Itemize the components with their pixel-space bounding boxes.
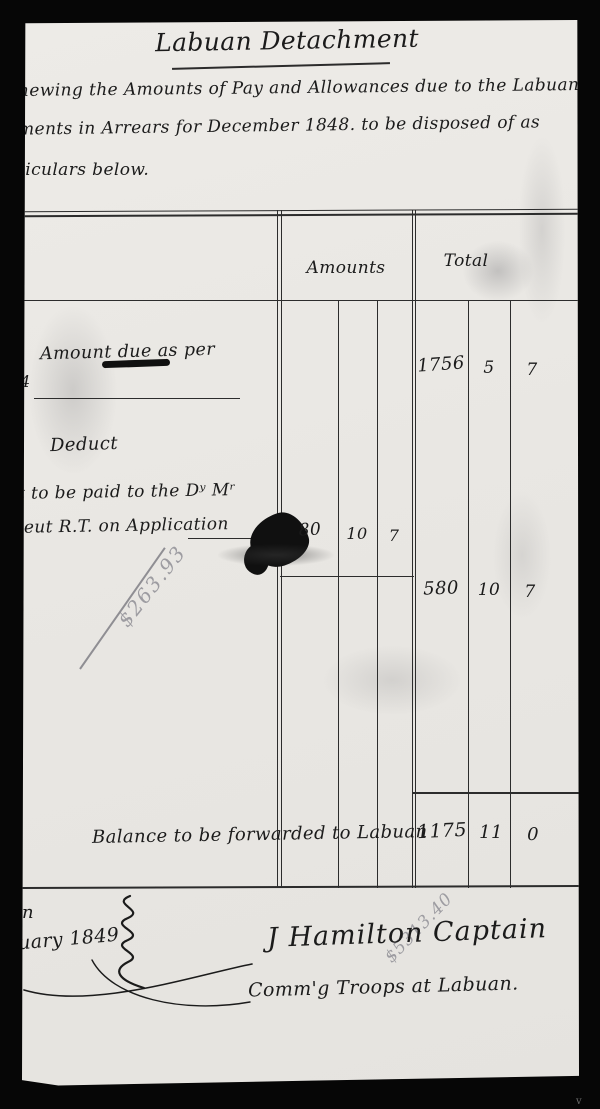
intro-line-1: hewing the Amounts of Pay and Allowances… [22, 75, 579, 101]
document-page: Labuan Detachment hewing the Amounts of … [22, 20, 579, 1086]
deduct-desc-line-2: ieut R.T. on Application [22, 514, 229, 538]
row-amount-due-fragment: 4 [22, 372, 31, 391]
stain [322, 645, 462, 715]
page-title: Labuan Detachment [122, 23, 452, 58]
date-fragment-top: n [22, 902, 34, 923]
deduct-total-shillings: 10 [472, 580, 506, 600]
stain [518, 135, 566, 325]
amount-due-total-shillings: 5 [474, 358, 504, 378]
deduct-heading: Deduct [50, 433, 119, 456]
signature-swash [22, 958, 256, 1020]
signature-title: Comm'g Troops at Labuan. [248, 972, 519, 1001]
intro-line-3: ticulars below. [22, 160, 149, 180]
amount-due-total-pounds: 1756 [413, 352, 468, 377]
pencil-note-upper: $263.93 [113, 540, 191, 631]
balance-total-shillings: 11 [474, 822, 508, 843]
table-top-rule-1 [24, 209, 579, 212]
header-bottom-rule [24, 300, 579, 301]
deduct-sum-rule [280, 576, 414, 577]
scan-background: Labuan Detachment hewing the Amounts of … [0, 0, 600, 1109]
balance-upper-rule [412, 792, 579, 794]
title-underline [172, 62, 390, 70]
deduct-amount-pence: 7 [374, 526, 414, 545]
margin-mark: v [576, 1096, 582, 1107]
signature-name: J Hamilton Captain [267, 913, 548, 954]
deduct-total-pounds: 580 [414, 577, 469, 600]
deduct-desc-line-1: t to be paid to the Dʸ Mʳ [22, 480, 236, 504]
total-col-rule-a [412, 210, 413, 888]
deduct-total-pence: 7 [510, 582, 550, 602]
deduct-amount-shillings: 10 [340, 524, 374, 543]
total-col-rule-b [415, 210, 416, 888]
column-header-amounts: Amounts [290, 258, 402, 278]
amounts-sub-rule-2 [377, 300, 378, 888]
balance-total-pounds: 1175 [411, 818, 472, 843]
table-top-rule-2 [24, 213, 579, 217]
amount-due-total-pence: 7 [510, 360, 554, 380]
balance-total-pence: 0 [512, 824, 554, 845]
column-header-total: Total [426, 251, 506, 271]
table-bottom-rule [22, 885, 579, 889]
intro-line-2: ments in Arrears for December 1848. to b… [22, 112, 540, 139]
amounts-sub-rule-1 [338, 300, 339, 888]
row-amount-due-underline [34, 398, 240, 399]
pencil-strike-line [79, 547, 166, 669]
deduct-leader-line [188, 538, 254, 539]
deduct-amount-pounds: 80 [288, 519, 333, 541]
ink-strike-mark [102, 359, 170, 368]
stain [462, 240, 534, 302]
